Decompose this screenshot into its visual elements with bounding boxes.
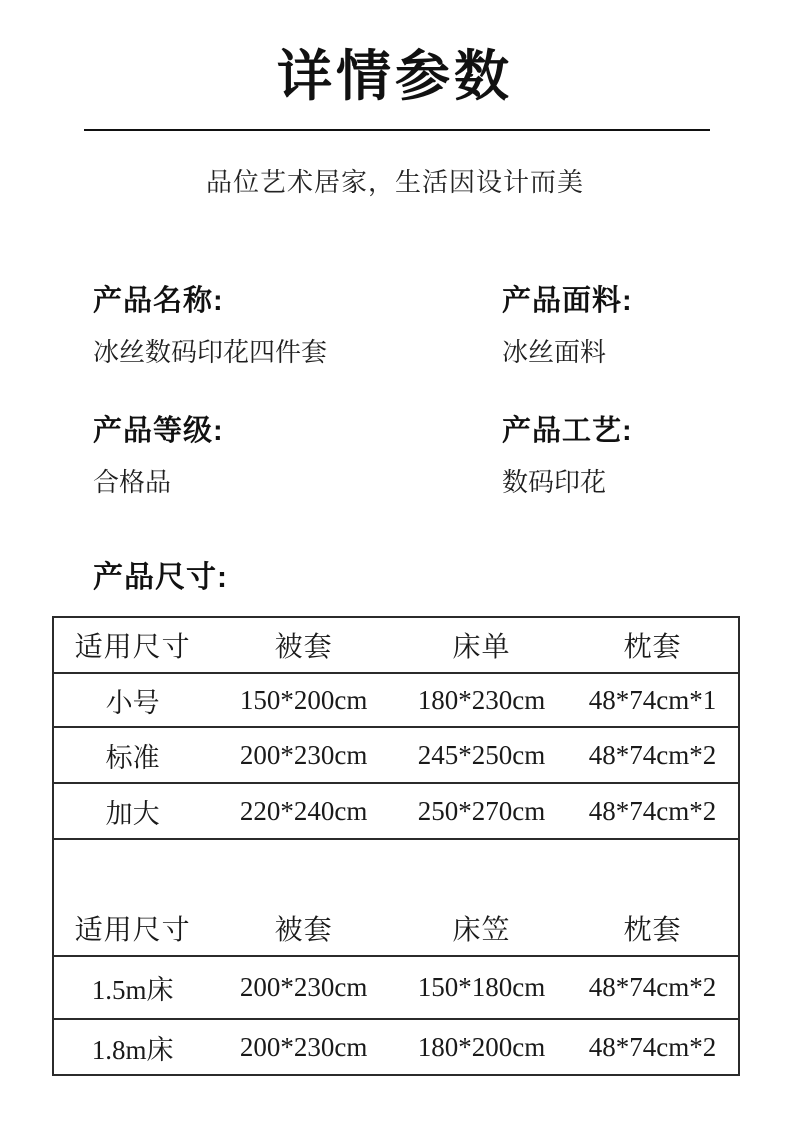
table-header-cell: 床笠 — [396, 908, 567, 948]
table-spacer — [54, 840, 738, 900]
table-cell: 200*230cm — [211, 740, 396, 771]
size-table-1-row-standard: 标准 200*230cm 245*250cm 48*74cm*2 — [54, 728, 738, 784]
table-cell: 48*74cm*2 — [567, 796, 738, 827]
table-cell: 48*74cm*2 — [567, 1032, 738, 1063]
field-product-fabric: 产品面料: 冰丝面料 — [502, 278, 790, 369]
table-header-cell: 枕套 — [567, 908, 738, 948]
size-table-2-header-row: 适用尺寸 被套 床笠 枕套 — [54, 900, 738, 957]
product-fabric-label: 产品面料: — [502, 278, 790, 319]
field-product-craft: 产品工艺: 数码印花 — [502, 408, 790, 499]
size-table-1-header-row: 适用尺寸 被套 床单 枕套 — [54, 618, 738, 674]
product-grade-value: 合格品 — [93, 462, 473, 499]
table-cell: 180*200cm — [396, 1032, 567, 1063]
table-header-cell: 适用尺寸 — [54, 625, 211, 665]
table-header-cell: 床单 — [396, 625, 567, 665]
table-cell: 200*230cm — [211, 972, 396, 1003]
page-subtitle: 品位艺术居家，生活因设计而美 — [0, 162, 790, 199]
product-detail-page: 详情参数 品位艺术居家，生活因设计而美 产品名称: 冰丝数码印花四件套 产品面料… — [0, 0, 790, 1146]
table-cell: 1.5m床 — [54, 968, 211, 1007]
size-section-heading: 产品尺寸: — [93, 552, 228, 596]
size-table-2-row-1-5m: 1.5m床 200*230cm 150*180cm 48*74cm*2 — [54, 957, 738, 1020]
table-header-cell: 枕套 — [567, 625, 738, 665]
page-title: 详情参数 — [0, 48, 790, 106]
table-cell: 200*230cm — [211, 1032, 396, 1063]
table-cell: 250*270cm — [396, 796, 567, 827]
product-craft-label: 产品工艺: — [502, 408, 790, 449]
table-cell: 150*200cm — [211, 685, 396, 716]
table-cell: 245*250cm — [396, 740, 567, 771]
table-cell: 小号 — [54, 681, 211, 720]
product-grade-label: 产品等级: — [93, 408, 473, 449]
product-fabric-value: 冰丝面料 — [502, 332, 790, 369]
table-header-cell: 被套 — [211, 908, 396, 948]
table-header-cell: 被套 — [211, 625, 396, 665]
table-cell: 48*74cm*2 — [567, 740, 738, 771]
size-table-1-row-large: 加大 220*240cm 250*270cm 48*74cm*2 — [54, 784, 738, 840]
title-divider — [84, 129, 710, 131]
size-table-1-row-small: 小号 150*200cm 180*230cm 48*74cm*1 — [54, 674, 738, 728]
table-cell: 加大 — [54, 792, 211, 831]
product-name-value: 冰丝数码印花四件套 — [93, 332, 473, 369]
table-header-cell: 适用尺寸 — [54, 908, 211, 948]
field-product-grade: 产品等级: 合格品 — [93, 408, 473, 499]
table-cell: 标准 — [54, 736, 211, 775]
table-cell: 1.8m床 — [54, 1028, 211, 1067]
product-craft-value: 数码印花 — [502, 462, 790, 499]
table-cell: 220*240cm — [211, 796, 396, 827]
table-cell: 150*180cm — [396, 972, 567, 1003]
size-table-box: 适用尺寸 被套 床单 枕套 小号 150*200cm 180*230cm 48*… — [52, 616, 740, 1076]
size-table-2-row-1-8m: 1.8m床 200*230cm 180*200cm 48*74cm*2 — [54, 1020, 738, 1074]
table-cell: 180*230cm — [396, 685, 567, 716]
table-cell: 48*74cm*1 — [567, 685, 738, 716]
field-product-name: 产品名称: 冰丝数码印花四件套 — [93, 278, 473, 369]
product-name-label: 产品名称: — [93, 278, 473, 319]
table-cell: 48*74cm*2 — [567, 972, 738, 1003]
